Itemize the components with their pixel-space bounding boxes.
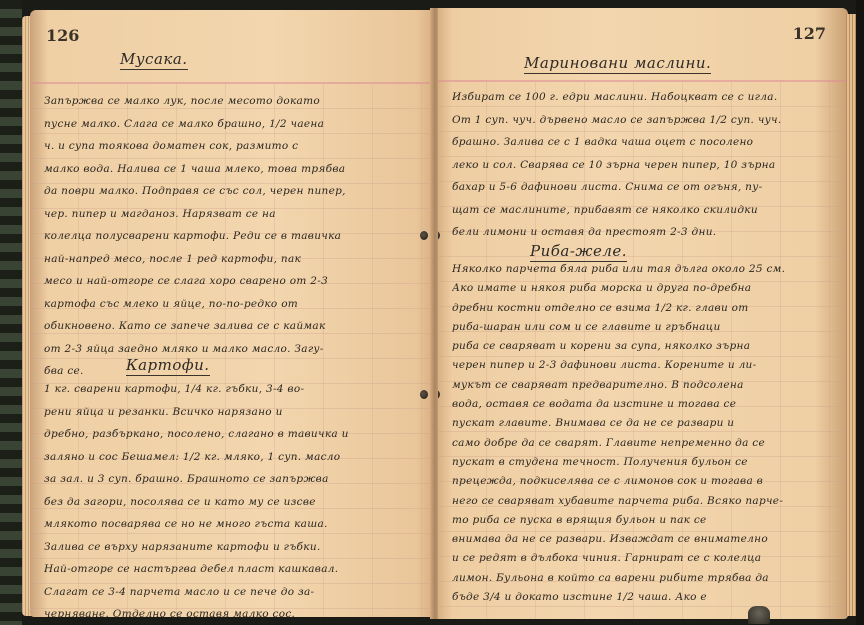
text-line: Няколко парчета бяла риба или тая дълга … bbox=[452, 260, 836, 279]
text-line: От 1 суп. чуч. дървено масло се запържва… bbox=[452, 109, 836, 132]
text-line: дребни костни отделно се взима 1/2 кг. г… bbox=[452, 299, 836, 318]
recipe-title-marinovani-maslini: Мариновани маслини. bbox=[524, 54, 711, 74]
text-line: бъде 3/4 и докато изстине 1/2 чаша. Ако … bbox=[452, 588, 836, 607]
text-line: и се редят в дълбока чиния. Гарнират се … bbox=[452, 549, 836, 568]
text-line: ч. и супа тоякова доматен сок, размито с bbox=[44, 135, 420, 158]
recipe-body-marinovani-maslini: Избират се 100 г. едри маслини. Набоцква… bbox=[452, 86, 836, 244]
text-line: брашно. Залива се с 1 вадка чаша оцет с … bbox=[452, 131, 836, 154]
text-line: прецежда, подкиселява се с лимонов сок и… bbox=[452, 472, 836, 491]
text-line: пусне малко. Слага се малко брашно, 1/2 … bbox=[44, 113, 420, 136]
text-line: черен пипер и 2-3 дафинови листа. Корени… bbox=[452, 356, 836, 375]
text-line: внимава да не се развари. Изваждат се вн… bbox=[452, 530, 836, 549]
text-line: чер. пипер и магданоз. Нарязват се на bbox=[44, 203, 420, 226]
binding-hole bbox=[420, 390, 428, 399]
text-line: леко и сол. Сварява се 10 зърна черен пи… bbox=[452, 154, 836, 177]
text-line: само добре да се сварят. Главите непреме… bbox=[452, 434, 836, 453]
page-stack-right bbox=[846, 14, 856, 616]
right-page: 127 Мариновани маслини. Избират се 100 г… bbox=[438, 8, 848, 619]
notebook-cover-left-edge bbox=[0, 0, 22, 625]
text-line: пускат в студена течност. Получения буль… bbox=[452, 453, 836, 472]
text-line: заляно и сос Бешамел: 1/2 кг. мляко, 1 с… bbox=[44, 446, 420, 469]
page-clip bbox=[748, 606, 770, 624]
text-line: него се сваряват хубавите парчета риба. … bbox=[452, 492, 836, 511]
text-line: мукът се сваряват предварително. В подсо… bbox=[452, 376, 836, 395]
text-line: риба-шаран или сом и се главите и гръбна… bbox=[452, 318, 836, 337]
text-line: риба се сваряват и корени за супа, някол… bbox=[452, 337, 836, 356]
text-line: черняване. Отделно се оставя малко сос. bbox=[44, 603, 420, 617]
text-line: то риба се пуска в врящия бульон и пак с… bbox=[452, 511, 836, 530]
recipe-body-musaka: Запържва се малко лук, после месото дока… bbox=[44, 90, 420, 383]
text-line: колелца полусварени картофи. Реди се в т… bbox=[44, 225, 420, 248]
binding-hole bbox=[420, 231, 428, 240]
text-line: най-напред месо, после 1 ред картофи, па… bbox=[44, 248, 420, 271]
text-line: бахар и 5-6 дафинови листа. Снима се от … bbox=[452, 176, 836, 199]
recipe-title-riba-zhele: Риба-желе. bbox=[530, 242, 627, 262]
recipe-title-kartofi: Картофи. bbox=[126, 356, 210, 376]
text-line: дребно, разбъркано, посолено, слагано в … bbox=[44, 423, 420, 446]
text-line: обикновено. Като се запече залива се с к… bbox=[44, 315, 420, 338]
text-line: щат се маслините, прибавят се няколко ск… bbox=[452, 199, 836, 222]
text-line: Ако имате и някоя риба морска и друга по… bbox=[452, 279, 836, 298]
recipe-body-riba-zhele: Няколко парчета бяла риба или тая дълга … bbox=[452, 260, 836, 607]
text-line: Запържва се малко лук, после месото дока… bbox=[44, 90, 420, 113]
text-line: млякото посварява се но не много гъста к… bbox=[44, 513, 420, 536]
text-line: картофа със млеко и яйце, по-по-редко от bbox=[44, 293, 420, 316]
text-line: малко вода. Налива се 1 чаша млеко, това… bbox=[44, 158, 420, 181]
text-line: без да загори, посолява се и като му се … bbox=[44, 491, 420, 514]
text-line: месо и най-отгоре се слага хоро сварено … bbox=[44, 270, 420, 293]
page-number: 127 bbox=[793, 24, 826, 43]
text-line: от 2-3 яйца заедно мляко и малко масло. … bbox=[44, 338, 420, 361]
text-line: 1 кг. сварени картофи, 1/4 кг. гъбки, 3-… bbox=[44, 378, 420, 401]
text-line: Най-отгоре се настъргва дебел пласт кашк… bbox=[44, 558, 420, 581]
page-number: 126 bbox=[46, 26, 79, 45]
notebook-cover-right-edge bbox=[856, 0, 864, 625]
text-line: Слагат се 3-4 парчета масло и се пече до… bbox=[44, 581, 420, 604]
text-line: пускат главите. Внимава се да не се разв… bbox=[452, 414, 836, 433]
text-line: вода, оставя се водата да изстине и тога… bbox=[452, 395, 836, 414]
text-line: Избират се 100 г. едри маслини. Набоцква… bbox=[452, 86, 836, 109]
left-page: 126 Мусака. Запържва се малко лук, после… bbox=[30, 10, 432, 617]
text-line: лимон. Бульона в който са варени рибите … bbox=[452, 569, 836, 588]
text-line: бели лимони и оставя да престоят 2-3 дни… bbox=[452, 221, 836, 244]
recipe-body-kartofi: 1 кг. сварени картофи, 1/4 кг. гъбки, 3-… bbox=[44, 378, 420, 617]
text-line: Залива се върху нарязаните картофи и гъб… bbox=[44, 536, 420, 559]
text-line: за зал. и 3 суп. брашно. Брашното се зап… bbox=[44, 468, 420, 491]
text-line: да поври малко. Подправя се със сол, чер… bbox=[44, 180, 420, 203]
text-line: рени яйца и резанки. Всичко нарязано и bbox=[44, 401, 420, 424]
recipe-title-musaka: Мусака. bbox=[120, 50, 188, 70]
